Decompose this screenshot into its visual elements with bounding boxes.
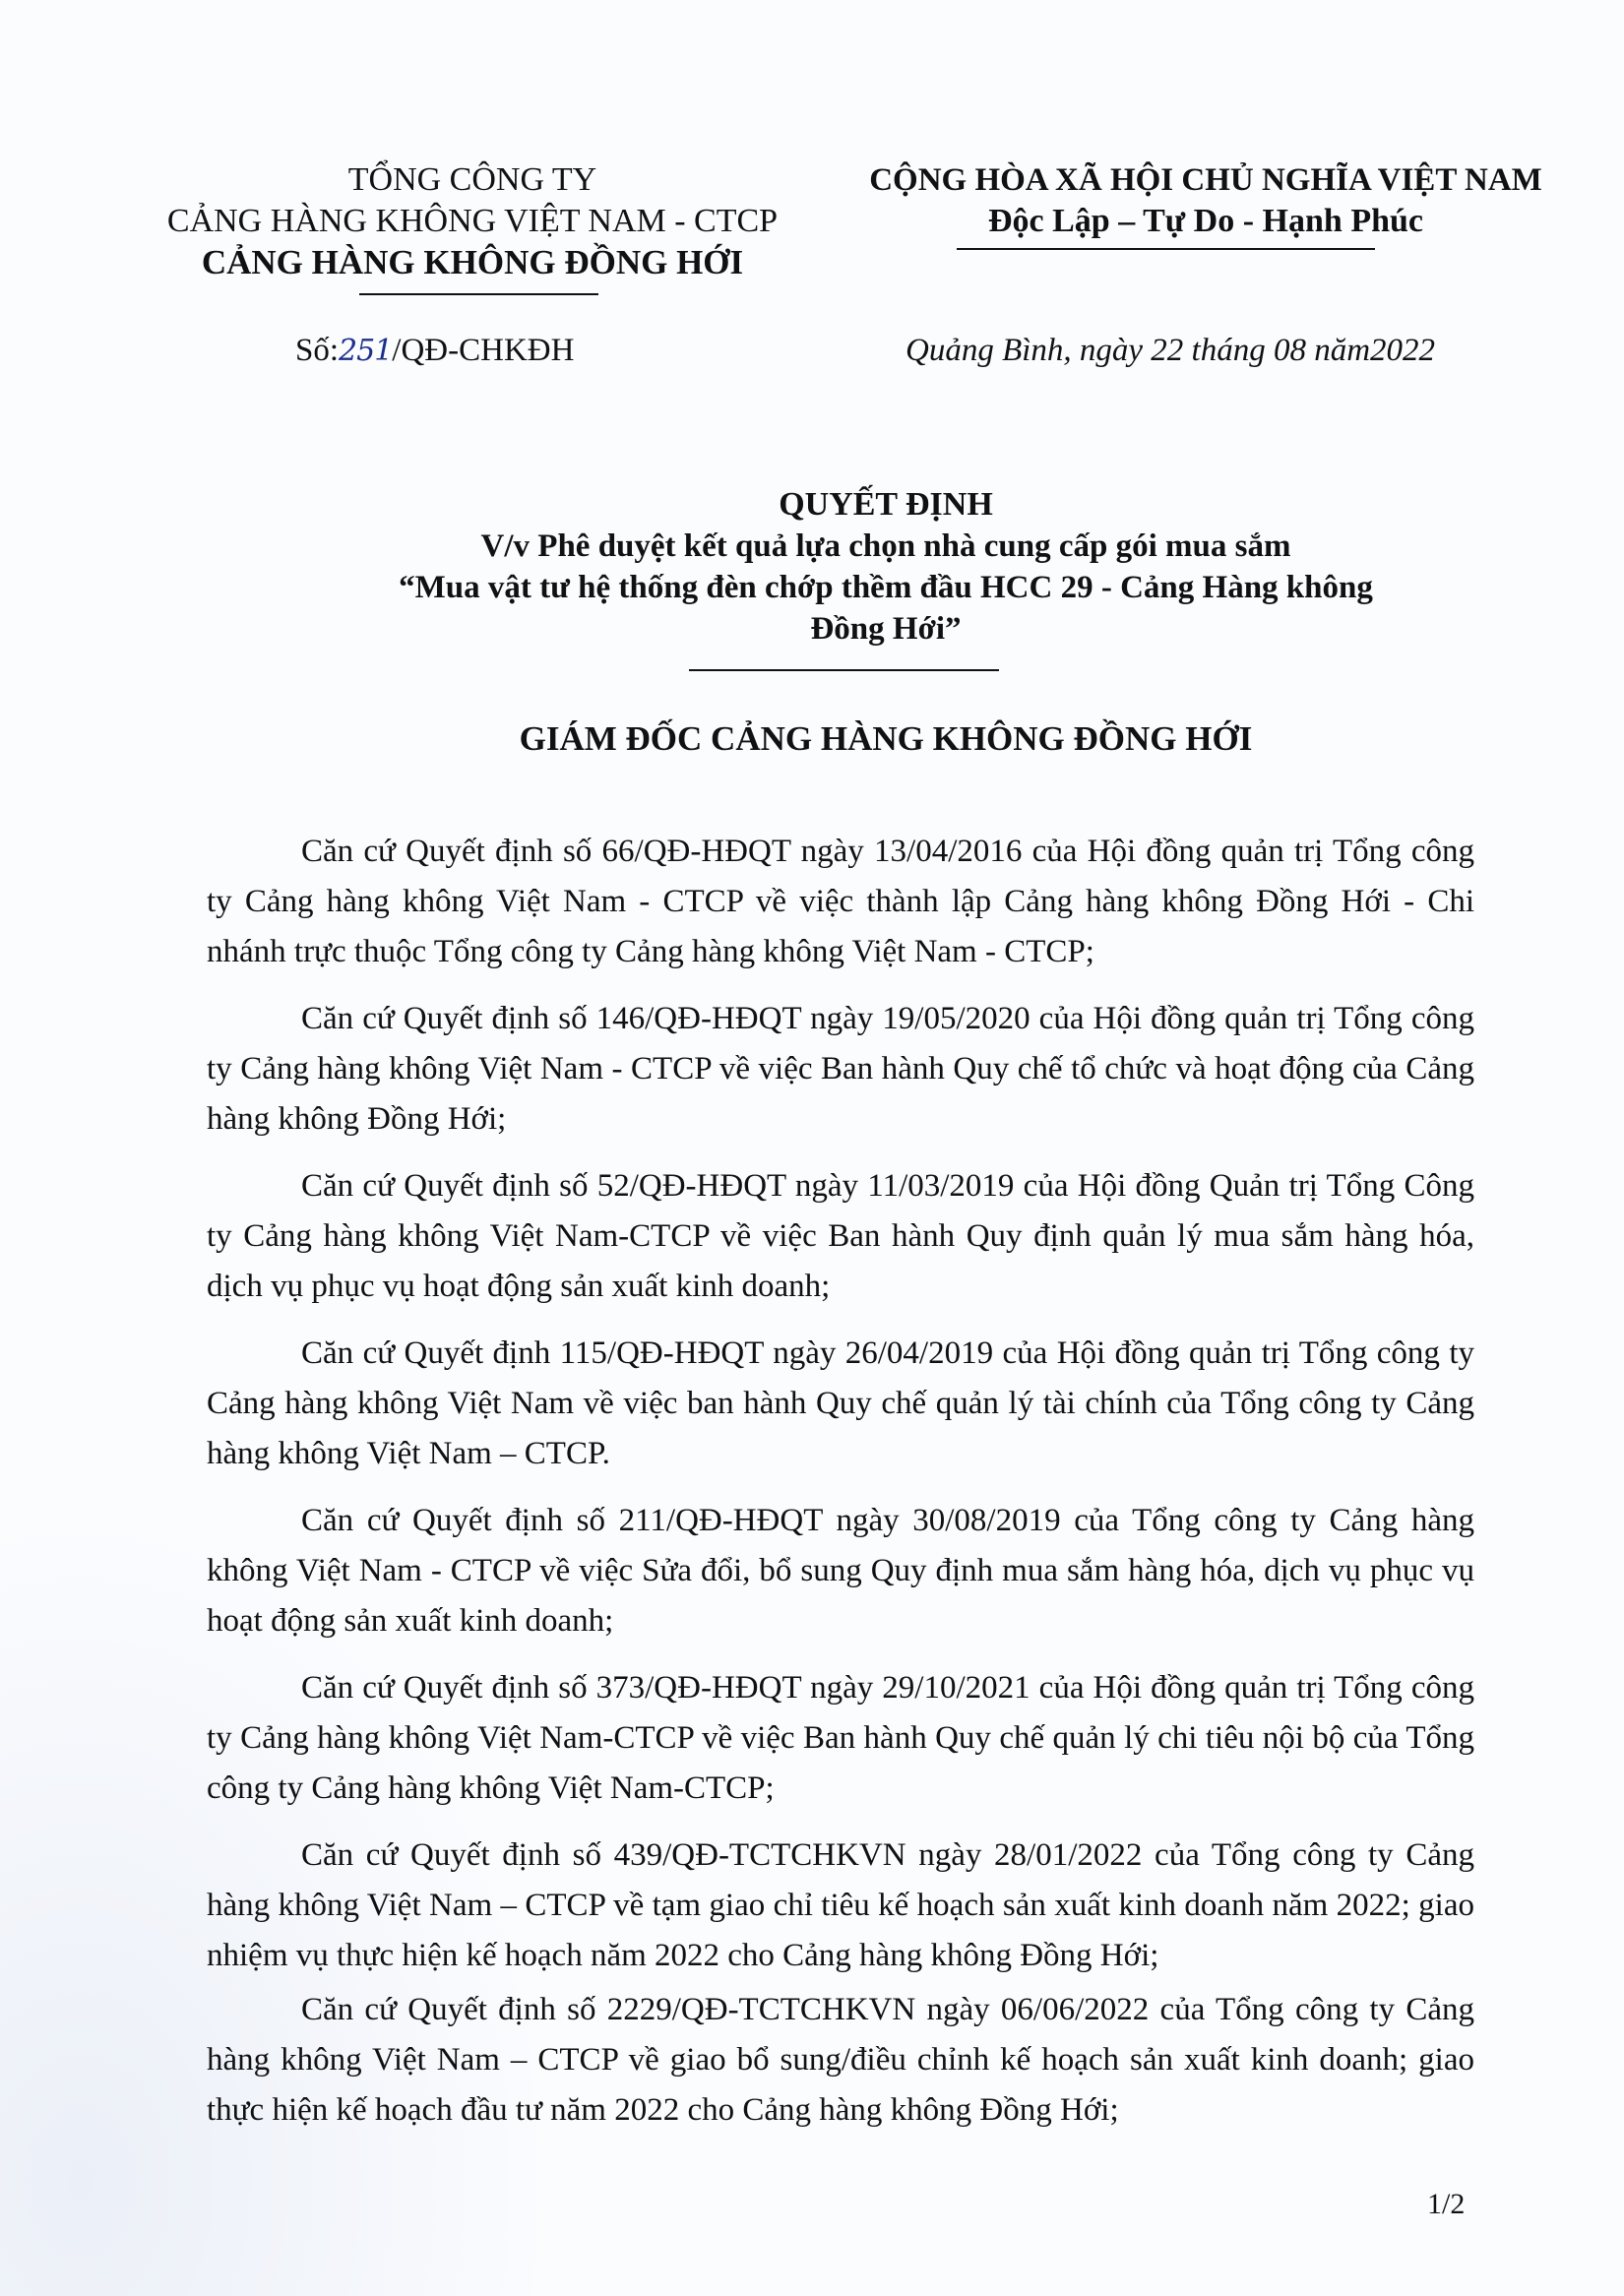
legal-basis-paragraph: Căn cứ Quyết định số 211/QĐ-HĐQT ngày 30… [207,1496,1474,1646]
issuer-title: GIÁM ĐỐC CẢNG HÀNG KHÔNG ĐỒNG HỚI [295,718,1476,760]
document-number: Số:251/QĐ-CHKĐH [295,331,574,371]
header-left-divider [359,293,598,295]
parent-company-line1: TỔNG CÔNG TY [118,159,827,201]
parent-company-line2: CẢNG HÀNG KHÔNG VIỆT NAM - CTCP [118,201,827,242]
country-name: CỘNG HÒA XÃ HỘI CHỦ NGHĨA VIỆT NAM [842,159,1570,201]
legal-basis-paragraph: Căn cứ Quyết định 115/QĐ-HĐQT ngày 26/04… [207,1329,1474,1479]
handwritten-number: 251 [339,334,392,368]
header-right-divider [957,248,1375,250]
legal-basis-paragraph: Căn cứ Quyết định số 439/QĐ-TCTCHKVN ngà… [207,1831,1474,1981]
document-number-prefix: Số: [295,333,339,368]
motto: Độc Lập – Tự Do - Hạnh Phúc [842,201,1570,242]
decision-heading: QUYẾT ĐỊNH [295,484,1476,526]
place-and-date: Quảng Bình, ngày 22 tháng 08 năm2022 [906,331,1435,370]
legal-basis-paragraph: Căn cứ Quyết định số 373/QĐ-HĐQT ngày 29… [207,1663,1474,1814]
document-number-suffix: /QĐ-CHKĐH [392,333,574,368]
branch-name: CẢNG HÀNG KHÔNG ĐỒNG HỚI [118,242,827,283]
decision-subject-line2: “Mua vật tư hệ thống đèn chớp thềm đầu H… [295,567,1476,608]
legal-basis-paragraph: Căn cứ Quyết định số 2229/QĐ-TCTCHKVN ng… [207,1985,1474,2136]
legal-basis-section: Căn cứ Quyết định số 66/QĐ-HĐQT ngày 13/… [207,827,1474,2152]
page-number: 1/2 [1427,2187,1465,2222]
decision-subject-line3: Đồng Hới” [295,608,1476,650]
national-motto: CỘNG HÒA XÃ HỘI CHỦ NGHĨA VIỆT NAM Độc L… [842,159,1570,242]
issuing-organization: TỔNG CÔNG TY CẢNG HÀNG KHÔNG VIỆT NAM - … [118,159,827,283]
decision-subject-line1: V/v Phê duyệt kết quả lựa chọn nhà cung … [295,526,1476,567]
document-page: TỔNG CÔNG TY CẢNG HÀNG KHÔNG VIỆT NAM - … [0,0,1624,2296]
legal-basis-paragraph: Căn cứ Quyết định số 52/QĐ-HĐQT ngày 11/… [207,1161,1474,1312]
title-divider [689,669,999,671]
legal-basis-paragraph: Căn cứ Quyết định số 146/QĐ-HĐQT ngày 19… [207,994,1474,1145]
decision-title: QUYẾT ĐỊNH V/v Phê duyệt kết quả lựa chọ… [295,484,1476,650]
legal-basis-paragraph: Căn cứ Quyết định số 66/QĐ-HĐQT ngày 13/… [207,827,1474,977]
